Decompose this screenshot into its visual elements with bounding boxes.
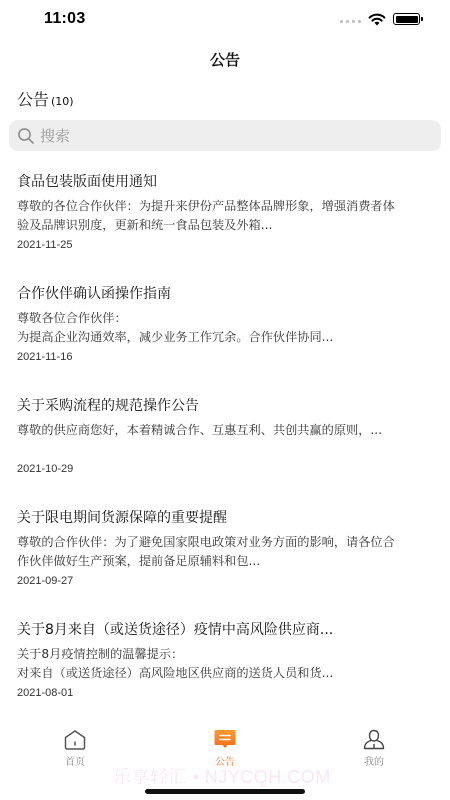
announcement-item[interactable]: 关于8月来自（或送货途径）疫情中高风险供应商... 关于8月疫情控制的温馨提示：…: [17, 619, 417, 699]
announcement-summary: 尊敬的合作伙伴：为了避免国家限电政策对业务方面的影响，请各位合作伙伴做好生产预案…: [17, 533, 402, 571]
section-header: 公告 (10): [17, 87, 74, 110]
section-title: 公告: [17, 87, 49, 110]
tab-label: 首页: [65, 753, 85, 768]
announcement-item[interactable]: 关于限电期间货源保障的重要提醒 尊敬的合作伙伴：为了避免国家限电政策对业务方面的…: [17, 507, 417, 587]
announcement-title: 食品包装版面使用通知: [17, 171, 417, 193]
announcement-date: 2021-11-16: [17, 351, 417, 363]
profile-icon: [362, 728, 386, 752]
status-time: 11:03: [44, 10, 86, 28]
announcement-title: 合作伙伴确认函操作指南: [17, 283, 417, 305]
battery-icon: [393, 13, 420, 25]
search-icon: [17, 127, 35, 145]
tab-announcements[interactable]: 公告: [185, 728, 265, 768]
tab-home[interactable]: 首页: [35, 728, 115, 768]
home-icon: [63, 728, 87, 752]
watermark: 乐享轻汇 • NJYCQH.COM: [113, 763, 331, 789]
cellular-signal-icon: [340, 20, 361, 23]
announcement-title: 关于采购流程的规范操作公告: [17, 395, 417, 417]
announcement-summary: 关于8月疫情控制的温馨提示： 对来自（或送货途径）高风险地区供应商的送货人员和货…: [17, 645, 402, 683]
announcement-date: 2021-08-01: [17, 687, 417, 699]
announcement-summary: 尊敬的各位合作伙伴：为提升来伊份产品整体品牌形象，增强消费者体验及品牌识别度，更…: [17, 197, 402, 235]
home-indicator[interactable]: [145, 789, 305, 794]
announcement-summary: 尊敬的供应商您好，本着精诚合作、互惠互利、共创共赢的原则，...: [17, 421, 402, 459]
announcement-count: (10): [51, 95, 74, 108]
tab-profile[interactable]: 我的: [334, 728, 414, 768]
search-bar[interactable]: [9, 120, 441, 151]
announcement-title: 关于8月来自（或送货途径）疫情中高风险供应商...: [17, 619, 417, 641]
announcement-date: 2021-11-25: [17, 239, 417, 251]
status-bar: 11:03: [0, 0, 450, 40]
page-title: 公告: [0, 49, 450, 70]
announcement-date: 2021-10-29: [17, 463, 417, 475]
tab-label: 我的: [364, 753, 384, 768]
announcement-item[interactable]: 关于采购流程的规范操作公告 尊敬的供应商您好，本着精诚合作、互惠互利、共创共赢的…: [17, 395, 417, 475]
announcement-date: 2021-09-27: [17, 575, 417, 587]
battery-cap: [421, 17, 423, 21]
announcement-item[interactable]: 食品包装版面使用通知 尊敬的各位合作伙伴：为提升来伊份产品整体品牌形象，增强消费…: [17, 171, 417, 251]
search-input[interactable]: [40, 127, 420, 145]
announcement-summary: 尊敬各位合作伙伴： 为提高企业沟通效率，减少业务工作冗余。合作伙伴协同...: [17, 309, 402, 347]
announcement-title: 关于限电期间货源保障的重要提醒: [17, 507, 417, 529]
announcement-icon: [213, 728, 237, 752]
wifi-icon: [368, 12, 386, 26]
announcement-item[interactable]: 合作伙伴确认函操作指南 尊敬各位合作伙伴： 为提高企业沟通效率，减少业务工作冗余…: [17, 283, 417, 363]
